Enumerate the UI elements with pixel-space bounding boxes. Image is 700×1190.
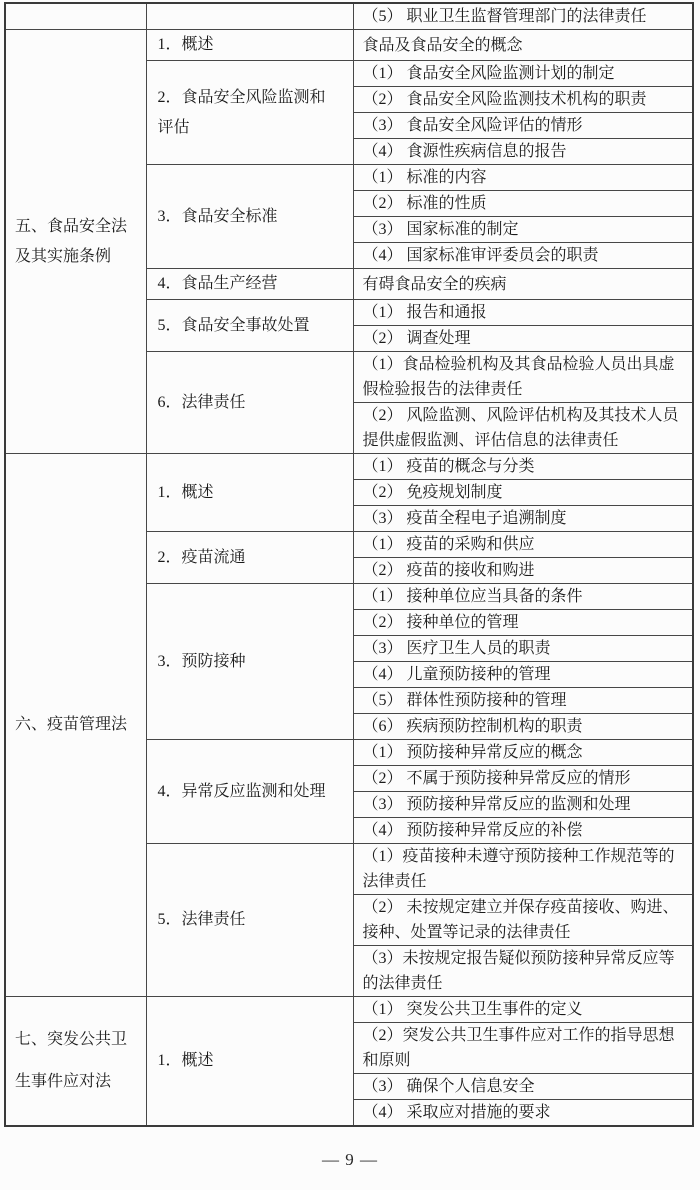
item-cell: （4） 预防接种异常反应的补偿 <box>353 818 693 844</box>
item-cell: （2）突发公共卫生事件应对工作的指导思想 和原则 <box>353 1023 693 1074</box>
topic-cell: 5．食品安全事故处置 <box>146 300 353 352</box>
item-cell: （3）未按规定报告疑似预防接种异常反应等 的法律责任 <box>353 946 693 997</box>
item-cell: 食品及食品安全的概念 <box>353 30 693 61</box>
page-number: — 9 — <box>0 1150 700 1170</box>
law-cell: 七、突发公共卫 生事件应对法 <box>5 997 146 1127</box>
item-cell: （3） 预防接种异常反应的监测和处理 <box>353 792 693 818</box>
document-page: （5） 职业卫生监督管理部门的法律责任 五、食品安全法 及其实施条例 1．概述 … <box>0 0 700 1190</box>
item-cell: （6） 疾病预防控制机构的职责 <box>353 714 693 740</box>
law-cell: 五、食品安全法 及其实施条例 <box>5 30 146 454</box>
item-cell: （4） 食源性疾病信息的报告 <box>353 139 693 165</box>
item-cell: （1） 预防接种异常反应的概念 <box>353 740 693 766</box>
item-cell: （3） 确保个人信息安全 <box>353 1074 693 1100</box>
topic-cell: 3．预防接种 <box>146 584 353 740</box>
item-cell: （3） 医疗卫生人员的职责 <box>353 636 693 662</box>
item-cell: （4） 采取应对措施的要求 <box>353 1100 693 1127</box>
item-cell: （1） 疫苗的采购和供应 <box>353 532 693 558</box>
table-row: 七、突发公共卫 生事件应对法 1．概述 （1） 突发公共卫生事件的定义 <box>5 997 693 1023</box>
empty-topic-cell <box>146 3 353 30</box>
table-row: 五、食品安全法 及其实施条例 1．概述 食品及食品安全的概念 <box>5 30 693 61</box>
item-cell: （2） 不属于预防接种异常反应的情形 <box>353 766 693 792</box>
item-cell: （1） 标准的内容 <box>353 165 693 191</box>
item-cell: （1） 疫苗的概念与分类 <box>353 454 693 480</box>
topic-cell: 5．法律责任 <box>146 844 353 997</box>
item-cell: （4） 儿童预防接种的管理 <box>353 662 693 688</box>
topic-cell: 2．食品安全风险监测和 评估 <box>146 61 353 165</box>
item-cell: （5） 群体性预防接种的管理 <box>353 688 693 714</box>
item-cell: （1） 接种单位应当具备的条件 <box>353 584 693 610</box>
item-cell: （3） 国家标准的制定 <box>353 217 693 243</box>
law-cell: 六、疫苗管理法 <box>5 454 146 997</box>
topic-cell: 6．法律责任 <box>146 352 353 454</box>
item-cell: （1） 食品安全风险监测计划的制定 <box>353 61 693 87</box>
table-row: （5） 职业卫生监督管理部门的法律责任 <box>5 3 693 30</box>
item-cell: （1）食品检验机构及其食品检验人员出具虚 假检验报告的法律责任 <box>353 352 693 403</box>
empty-law-cell <box>5 3 146 30</box>
topic-cell: 3．食品安全标准 <box>146 165 353 269</box>
item-cell: （2） 风险监测、风险评估机构及其技术人员 提供虚假监测、评估信息的法律责任 <box>353 403 693 454</box>
item-cell: 有碍食品安全的疾病 <box>353 269 693 300</box>
exam-outline-table: （5） 职业卫生监督管理部门的法律责任 五、食品安全法 及其实施条例 1．概述 … <box>4 2 694 1127</box>
item-cell: （2） 食品安全风险监测技术机构的职责 <box>353 87 693 113</box>
item-cell: （5） 职业卫生监督管理部门的法律责任 <box>353 3 693 30</box>
item-cell: （2） 标准的性质 <box>353 191 693 217</box>
item-cell: （2） 接种单位的管理 <box>353 610 693 636</box>
item-cell: （2） 调查处理 <box>353 326 693 352</box>
item-cell: （1）疫苗接种未遵守预防接种工作规范等的 法律责任 <box>353 844 693 895</box>
item-cell: （2） 免疫规划制度 <box>353 480 693 506</box>
item-cell: （1） 报告和通报 <box>353 300 693 326</box>
item-cell: （2） 疫苗的接收和购进 <box>353 558 693 584</box>
item-cell: （1） 突发公共卫生事件的定义 <box>353 997 693 1023</box>
topic-cell: 4．食品生产经营 <box>146 269 353 300</box>
item-cell: （2） 未按规定建立并保存疫苗接收、购进、 接种、处置等记录的法律责任 <box>353 895 693 946</box>
topic-cell: 2．疫苗流通 <box>146 532 353 584</box>
table-row: 六、疫苗管理法 1．概述 （1） 疫苗的概念与分类 <box>5 454 693 480</box>
topic-cell: 1．概述 <box>146 997 353 1127</box>
topic-cell: 1．概述 <box>146 454 353 532</box>
item-cell: （3） 食品安全风险评估的情形 <box>353 113 693 139</box>
topic-cell: 1．概述 <box>146 30 353 61</box>
item-cell: （3） 疫苗全程电子追溯制度 <box>353 506 693 532</box>
topic-cell: 4．异常反应监测和处理 <box>146 740 353 844</box>
item-cell: （4） 国家标准审评委员会的职责 <box>353 243 693 269</box>
